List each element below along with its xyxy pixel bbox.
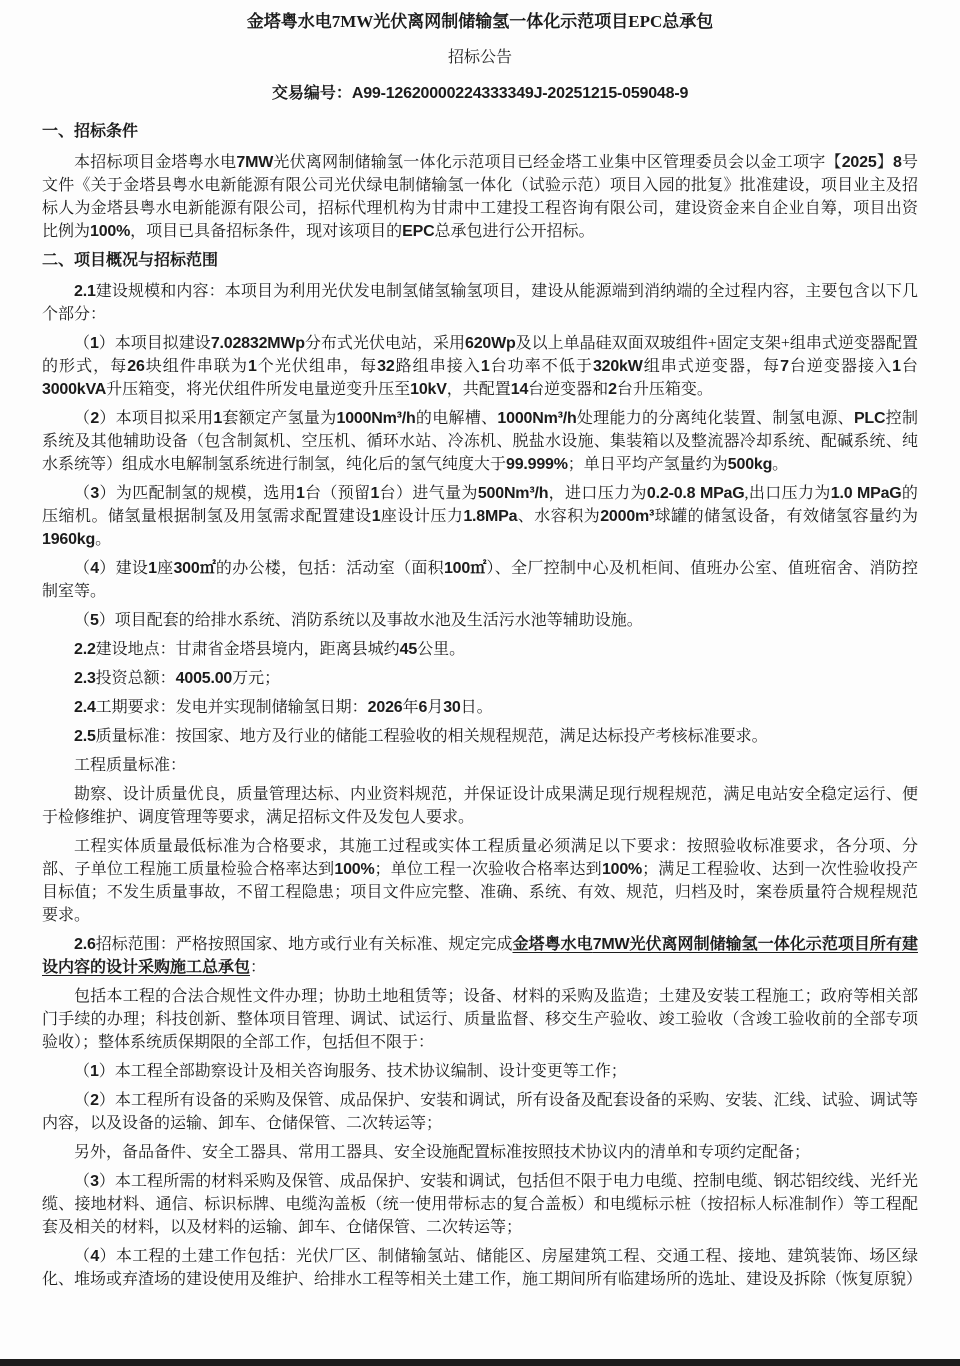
latin-text: 45 [400, 641, 417, 658]
section-heading: 二、项目概况与招标范围 [42, 249, 918, 272]
latin-text: 1960kg [42, 531, 95, 548]
latin-text: 500Nm³/h [478, 485, 548, 502]
latin-text: 300㎡ [173, 560, 215, 577]
latin-text: 620Wp [465, 335, 516, 352]
document-title: 金塔粤水电7MW光伏离网制储输氢一体化示范项目EPC总承包 [42, 9, 918, 34]
latin-text: 4 [90, 560, 99, 577]
text-segment: （3）为匹配制氢的规模，选用1台（预留1台）进气量为500Nm³/h，进口压力为… [42, 485, 918, 548]
paragraph: 2.4工期要求：发电并实现制储输氢日期：2026年6月30日。 [42, 696, 918, 719]
latin-text: 3 [90, 485, 99, 502]
latin-text: 320kW [593, 358, 643, 375]
text-segment: （2）本项目拟采用1套额定产氢量为1000Nm³/h的电解槽、1000Nm³/h… [42, 410, 918, 473]
text-segment: （4）本工程的土建工作包括：光伏厂区、制储输氢站、储能区、房屋建筑工程、交通工程… [42, 1248, 922, 1288]
latin-text: 1 [481, 358, 490, 375]
text-segment: 2.3投资总额：4005.00万元； [74, 670, 280, 687]
latin-text: 2.5 [74, 728, 96, 745]
text-segment: 工程实体质量最低标准为合格要求，其施工过程或实体工程质量必须满足以下要求：按照验… [42, 838, 918, 924]
paragraph: 另外，备品备件、安全工器具、常用工器具、安全设施配置标准按照技术协议内的清单和专… [42, 1141, 918, 1164]
latin-text: 1.0 MPaG [831, 485, 902, 502]
latin-text: 1 [248, 358, 257, 375]
latin-text: 2 [90, 1092, 99, 1109]
latin-text: 2.2 [74, 641, 96, 658]
latin-text: 4005.00 [176, 670, 232, 687]
latin-text: 2026 [368, 699, 403, 716]
paragraph: 工程实体质量最低标准为合格要求，其施工过程或实体工程质量必须满足以下要求：按照验… [42, 835, 918, 927]
text-segment: 另外，备品备件、安全工器具、常用工器具、安全设施配置标准按照技术协议内的清单和专… [74, 1144, 810, 1161]
text-segment: 2.4工期要求：发电并实现制储输氢日期：2026年6月30日。 [74, 699, 493, 716]
latin-text: 2025 [842, 154, 877, 171]
paragraph: 2.1建设规模和内容：本项目为利用光伏发电制氢储氢输氢项目，建设从能源端到消纳端… [42, 280, 918, 326]
text-segment: 2.1建设规模和内容：本项目为利用光伏发电制氢储氢输氢项目，建设从能源端到消纳端… [42, 283, 918, 323]
latin-text: 10kV [410, 381, 447, 398]
text-segment: 2.6招标范围：严格按照国家、地方或行业有关标准、规定完成 [74, 936, 513, 953]
latin-text: 7MW [236, 154, 273, 171]
latin-text: 100% [90, 223, 130, 240]
latin-text: 5 [90, 612, 99, 629]
latin-text: EPC [402, 223, 434, 240]
paragraph: 本招标项目金塔粤水电7MW光伏离网制储输氢一体化示范项目已经金塔工业集中区管理委… [42, 151, 918, 243]
latin-text: 30 [443, 699, 460, 716]
text-segment: （5）项目配套的给排水系统、消防系统以及事故水池及生活污水池等辅助设施。 [74, 612, 643, 629]
paragraph: （1）本工程全部勘察设计及相关咨询服务、技术协议编制、设计变更等工作； [42, 1060, 918, 1083]
paragraph: （3）为匹配制氢的规模，选用1台（预留1台）进气量为500Nm³/h，进口压力为… [42, 482, 918, 551]
document-body: 一、招标条件本招标项目金塔粤水电7MW光伏离网制储输氢一体化示范项目已经金塔工业… [42, 120, 918, 1291]
latin-text: 2.3 [74, 670, 96, 687]
latin-text: 100㎡ [444, 560, 486, 577]
latin-text: 1 [296, 485, 305, 502]
paragraph: 2.6招标范围：严格按照国家、地方或行业有关标准、规定完成金塔粤水电7MW光伏离… [42, 933, 918, 979]
text-segment: 工程质量标准： [74, 757, 186, 774]
text-segment: （2）本工程所有设备的采购及保管、成品保护、安装和调试，所有设备及配套设备的采购… [42, 1092, 918, 1132]
paragraph: （4）本工程的土建工作包括：光伏厂区、制储输氢站、储能区、房屋建筑工程、交通工程… [42, 1245, 918, 1291]
paragraph: （2）本工程所有设备的采购及保管、成品保护、安装和调试，所有设备及配套设备的采购… [42, 1089, 918, 1135]
latin-text: 2.1 [74, 283, 96, 300]
latin-text: 14 [511, 381, 528, 398]
latin-text: 4 [90, 1248, 99, 1265]
paragraph: 2.5质量标准：按国家、地方及行业的储能工程验收的相关规程规范，满足达标投产考核… [42, 725, 918, 748]
latin-text: 1000Nm³/h [497, 410, 576, 427]
transaction-number-value: A99-12620000224333349J-20251215-059048-9 [352, 85, 688, 102]
latin-text: 100% [334, 861, 374, 878]
text-segment: 二、项目概况与招标范围 [42, 252, 218, 269]
paragraph: （5）项目配套的给排水系统、消防系统以及事故水池及生活污水池等辅助设施。 [42, 609, 918, 632]
text-segment: 一、招标条件 [42, 123, 138, 140]
latin-text: 7 [780, 358, 789, 375]
transaction-number-label: 交易编号： [272, 85, 352, 102]
text-segment: 2.2建设地点：甘肃省金塔县境内，距离县城约45公里。 [74, 641, 465, 658]
latin-text: 1 [892, 358, 901, 375]
paragraph: （2）本项目拟采用1套额定产氢量为1000Nm³/h的电解槽、1000Nm³/h… [42, 407, 918, 476]
paragraph: （4）建设1座300㎡的办公楼，包括：活动室（面积100㎡）、全厂控制中心及机柜… [42, 557, 918, 603]
text-segment: （3）本工程所需的材料采购及保管、成品保护、安装和调试，包括但不限于电力电缆、控… [42, 1173, 918, 1236]
transaction-number-line: 交易编号：A99-12620000224333349J-20251215-059… [42, 82, 918, 105]
paragraph: 包括本工程的合法合规性文件办理；协助土地租赁等；设备、材料的采购及监造；土建及安… [42, 985, 918, 1054]
latin-text: 1 [90, 1063, 99, 1080]
paragraph: 2.2建设地点：甘肃省金塔县境内，距离县城约45公里。 [42, 638, 918, 661]
latin-text: 7.02832MWp [211, 335, 305, 352]
latin-text: 0.2-0.8 MPaG [647, 485, 745, 502]
latin-text: PLC [854, 410, 885, 427]
latin-text: 1 [90, 335, 99, 352]
text-segment: （4）建设1座300㎡的办公楼，包括：活动室（面积100㎡）、全厂控制中心及机柜… [42, 560, 918, 600]
latin-text: 3000kVA [42, 381, 106, 398]
section-heading: 一、招标条件 [42, 120, 918, 143]
latin-text: 26 [127, 358, 144, 375]
latin-text: 32 [377, 358, 394, 375]
latin-text: 2.4 [74, 699, 96, 716]
text-segment: ： [250, 959, 266, 976]
latin-text: 2 [90, 410, 99, 427]
text-segment: 勘察、设计质量优良，质量管理达标、内业资料规范，并保证设计成果满足现行规程规范，… [42, 786, 918, 826]
latin-text: 500kg [728, 456, 772, 473]
latin-text: 99.999% [506, 456, 568, 473]
text-segment: （1）本项目拟建设7.02832MWp分布式光伏电站，采用620Wp及以上单晶硅… [42, 335, 918, 398]
latin-text: 1 [148, 560, 157, 577]
latin-text: 1 [371, 485, 380, 502]
latin-text: 7MW [593, 936, 630, 953]
latin-text: 2.6 [74, 936, 96, 953]
latin-text: 1000Nm³/h [337, 410, 416, 427]
latin-text: 1 [372, 508, 381, 525]
paragraph: 工程质量标准： [42, 754, 918, 777]
paragraph: （1）本项目拟建设7.02832MWp分布式光伏电站，采用620Wp及以上单晶硅… [42, 332, 918, 401]
paragraph: 勘察、设计质量优良，质量管理达标、内业资料规范，并保证设计成果满足现行规程规范，… [42, 783, 918, 829]
latin-text: 100% [602, 861, 642, 878]
latin-text: 6 [418, 699, 427, 716]
document-subtitle: 招标公告 [42, 46, 918, 69]
text-segment: 包括本工程的合法合规性文件办理；协助土地租赁等；设备、材料的采购及监造；土建及安… [42, 988, 918, 1051]
text-segment: （1）本工程全部勘察设计及相关咨询服务、技术协议编制、设计变更等工作； [74, 1063, 627, 1080]
latin-text: 2000m³ [600, 508, 654, 525]
latin-text: 8 [893, 154, 902, 171]
latin-text: 1 [213, 410, 222, 427]
latin-text: 2 [608, 381, 617, 398]
latin-text: 3 [90, 1173, 99, 1190]
bottom-edge-bar [0, 1359, 960, 1366]
paragraph: 2.3投资总额：4005.00万元； [42, 667, 918, 690]
text-segment: 2.5质量标准：按国家、地方及行业的储能工程验收的相关规程规范，满足达标投产考核… [74, 728, 768, 745]
paragraph: （3）本工程所需的材料采购及保管、成品保护、安装和调试，包括但不限于电力电缆、控… [42, 1170, 918, 1239]
tender-document-page: 金塔粤水电7MW光伏离网制储输氢一体化示范项目EPC总承包 招标公告 交易编号：… [0, 0, 960, 1291]
latin-text: 1.8MPa [463, 508, 517, 525]
text-segment: 本招标项目金塔粤水电7MW光伏离网制储输氢一体化示范项目已经金塔工业集中区管理委… [42, 154, 918, 240]
